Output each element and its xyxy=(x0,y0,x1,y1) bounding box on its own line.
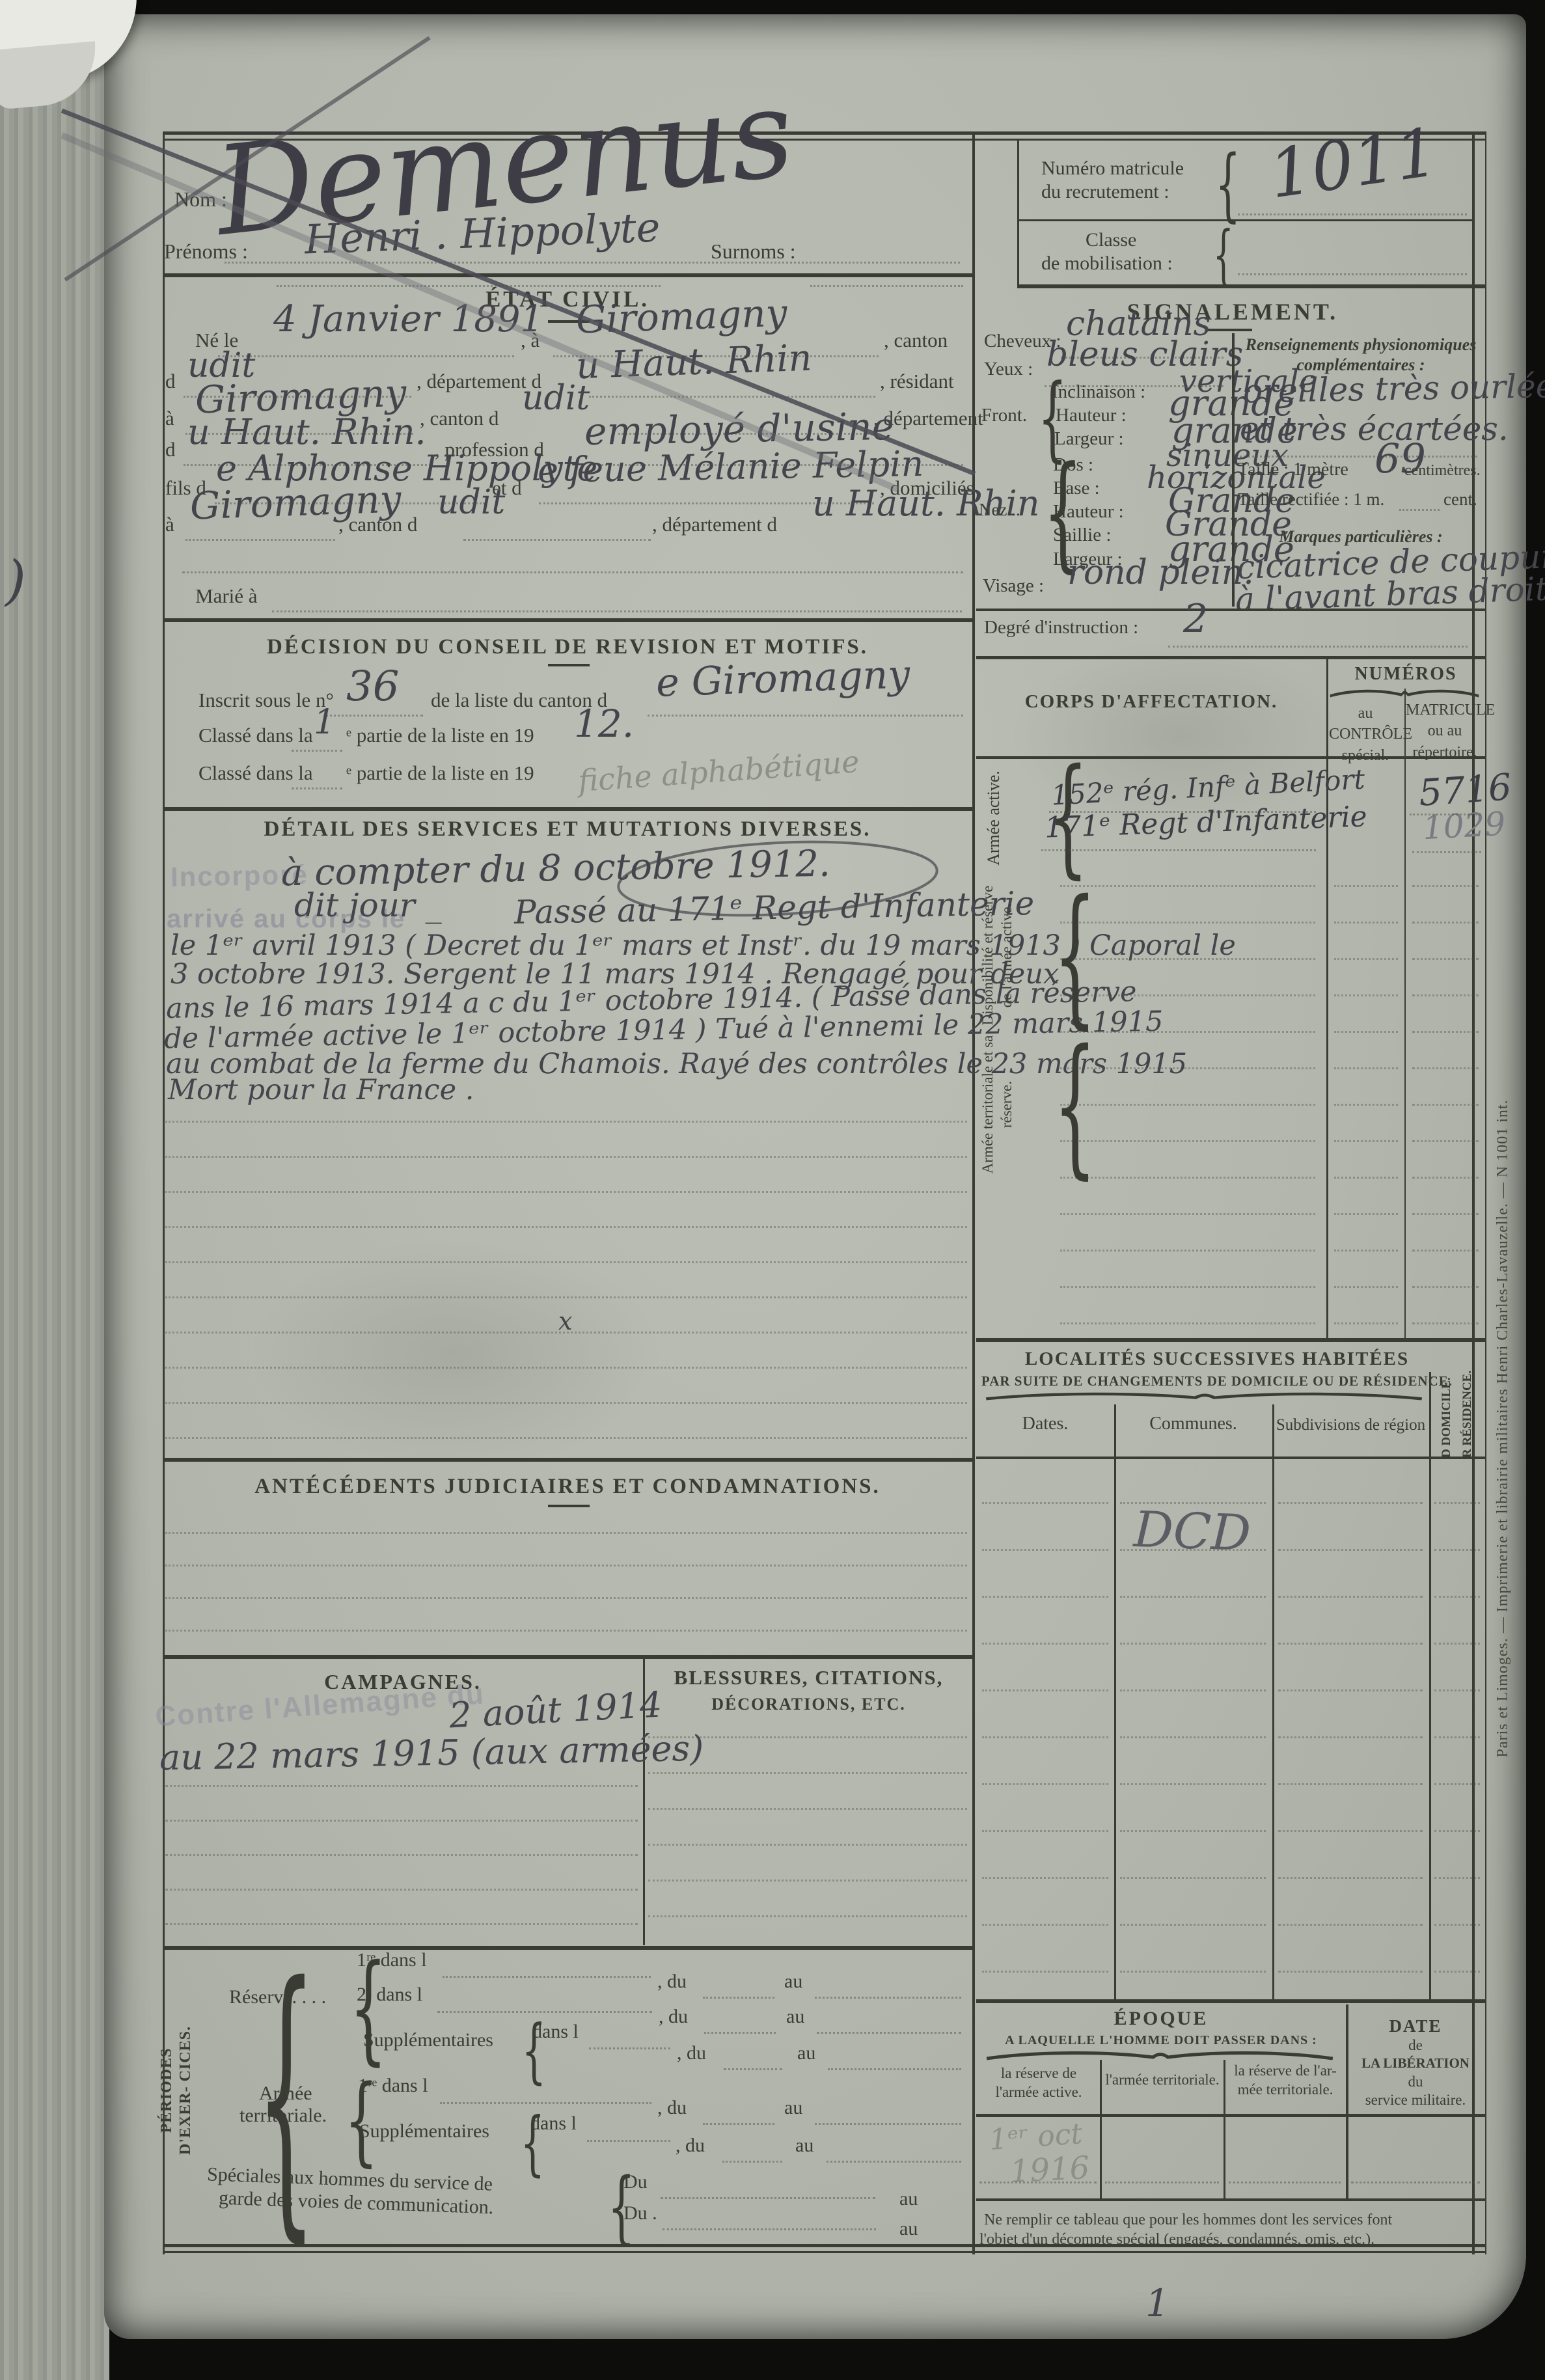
corps-vline-2 xyxy=(1404,689,1406,1340)
reserve-row1-au: au xyxy=(784,1971,802,1993)
classe-brace: { xyxy=(1213,223,1234,288)
matricule-box-left-rule xyxy=(1017,139,1019,286)
territoriale-suppl-du-dot xyxy=(722,2161,782,2163)
epoque-col2-header: l'armée territoriale. xyxy=(1104,2071,1221,2090)
renseignements-dot xyxy=(1240,456,1477,458)
canton3-value: udit xyxy=(437,483,505,522)
localites-col-communes: Communes. xyxy=(1114,1414,1272,1434)
etat-blank-dotted xyxy=(182,571,963,573)
matricule-dotted-line xyxy=(1238,213,1467,215)
epoque-row-dot-3 xyxy=(1229,2182,1341,2183)
localites-vline-3 xyxy=(1429,1372,1431,1999)
nez-hauteur-label: Hauteur : xyxy=(1053,501,1124,523)
reserve-row2-label: 2ᵉ dans l xyxy=(357,1984,422,2006)
degre-value: 2 xyxy=(1183,596,1208,642)
localites-bottom-rule xyxy=(976,1999,1485,2003)
territoriale-row1-au-dot xyxy=(815,2123,961,2125)
reserve-row2-au-dot xyxy=(817,2032,961,2034)
territoriale-suppl-au-dot xyxy=(827,2161,961,2163)
matricule-ruled-lines xyxy=(1410,859,1481,1334)
inscrit-no: 36 xyxy=(346,663,399,711)
prenoms-label: Prénoms : xyxy=(164,239,248,264)
numeros-header: NUMÉROS xyxy=(1326,664,1485,685)
epoque-date-line3: LA LIBÉRATION xyxy=(1346,2055,1485,2072)
corps-num-dot-1 xyxy=(1410,814,1481,815)
book-spine-edge xyxy=(0,0,109,2380)
signalement-title: SIGNALEMENT. xyxy=(976,298,1489,325)
localites-subdivisions-ruled xyxy=(1276,1464,1425,1998)
localites-col-dates: Dates. xyxy=(976,1414,1114,1434)
reserve-suppl-au-dot xyxy=(828,2068,961,2070)
localites-title: LOCALITÉS SUCCESSIVES HABITÉES xyxy=(976,1348,1458,1370)
services-x-mark: x xyxy=(558,1307,572,1335)
header-bottom-rule xyxy=(163,273,972,277)
yeux-label: Yeux : xyxy=(984,359,1033,380)
epoque-pencil-line2: 1916 xyxy=(1009,2150,1091,2190)
taille-unit: centimètres. xyxy=(1404,462,1481,480)
corps-entry-dot-2 xyxy=(1041,849,1316,851)
degre-bottom-rule xyxy=(976,656,1485,659)
epoque-vline-2 xyxy=(1224,2060,1225,2198)
epoque-note-line1: Ne remplir ce tableau que pour les homme… xyxy=(984,2211,1392,2229)
territoriale-corps-brace: { xyxy=(1054,1030,1097,1181)
decision-dot-3 xyxy=(292,787,342,789)
corps-bottom-rule xyxy=(976,1338,1485,1342)
services-bottom-rule xyxy=(163,1458,972,1462)
base-label: Base : xyxy=(1053,478,1100,499)
antecedents-ruled-lines xyxy=(163,1514,970,1654)
column-divider xyxy=(972,131,975,2254)
localites-squiggle xyxy=(983,1391,1425,1401)
reserve-row1-du: , du xyxy=(657,1971,687,1993)
classe-dotted-line xyxy=(1238,273,1467,275)
signalement-bottom-rule xyxy=(976,609,1485,611)
epoque-row-dot-1 xyxy=(979,2182,1097,2183)
territoriale-row1-label: 1ʳᵉ dans l xyxy=(358,2075,428,2097)
classe-label-line2: de mobilisation : xyxy=(1041,253,1173,275)
front-label: Front. xyxy=(981,405,1027,426)
classe1-value: 1 xyxy=(314,703,335,742)
territoriale-suppl-dansl: dans l xyxy=(530,2113,577,2135)
territoriale-vertical-label: Armée territoriale et sa réserve. xyxy=(979,1032,1017,1177)
blessures-title-line1: BLESSURES, CITATIONS, xyxy=(645,1666,972,1689)
epoque-title: ÉPOQUE xyxy=(976,2008,1346,2030)
territoriale-row1-du-dot xyxy=(703,2123,774,2125)
matricule-label-line1: Numéro matricule xyxy=(1041,157,1184,180)
epoque-row-dot-2 xyxy=(1105,2182,1219,2183)
canton2-value: udit xyxy=(522,379,590,418)
speciales-du1-dot xyxy=(661,2197,875,2199)
taille-rectifiee-unit: cent. xyxy=(1443,489,1477,510)
epoque-date-line5: service militaire. xyxy=(1346,2092,1485,2109)
reserve-row1-du-dot xyxy=(703,1997,774,1999)
renseignements-value-line1: oreilles très ourlées xyxy=(1243,367,1545,411)
services-ruled-lines xyxy=(163,1106,970,1471)
epoque-subtitle: A LAQUELLE L'HOMME DOIT PASSER DANS : xyxy=(976,2033,1346,2048)
reserve-row1-au-dot xyxy=(815,1997,961,1999)
matricule-brace: { xyxy=(1215,144,1240,224)
d2-label: d xyxy=(165,438,176,461)
classe1-label: Classé dans la xyxy=(198,724,313,747)
controle-ruled-lines xyxy=(1332,859,1401,1334)
territoriale-suppl-dot xyxy=(587,2140,670,2142)
territoriale-label-line2: territoriale. xyxy=(239,2105,327,2127)
territoriale-label-line1: Armée xyxy=(259,2083,312,2105)
saillie-label: Saillie : xyxy=(1053,525,1111,546)
a2-label: à xyxy=(165,407,174,430)
decision-title-rule xyxy=(548,664,590,666)
marie-label: Marié à xyxy=(195,584,258,608)
matricule-column-header: MATRICULE ou au répertoire. xyxy=(1406,700,1484,763)
reserve-row2-au: au xyxy=(786,2006,804,2028)
services-title: DÉTAIL DES SERVICES ET MUTATIONS DIVERSE… xyxy=(163,817,972,841)
degre-label: Degré d'instruction : xyxy=(984,617,1138,638)
decision-dot-2 xyxy=(292,750,342,752)
dos-label: Dos : xyxy=(1053,454,1093,476)
classe-box-bottom-rule xyxy=(1017,284,1485,288)
localites-subtitle: PAR SUITE DE CHANGEMENTS DE DOMICILE OU … xyxy=(976,1373,1458,1389)
a1-label: , à xyxy=(521,329,540,352)
territoriale-row1-du: , du xyxy=(657,2097,687,2119)
corps-vline-1 xyxy=(1326,659,1328,1340)
visage-label: Visage : xyxy=(983,575,1044,597)
localites-header-rule xyxy=(976,1457,1485,1459)
epoque-vline-1 xyxy=(1100,2060,1102,2198)
reserve-suppl-au: au xyxy=(797,2042,815,2064)
territoriale-row1-au: au xyxy=(784,2097,802,2119)
classe2-label2: ᵉ partie de la liste en 19 xyxy=(346,761,534,785)
territoriale-suppl-au: au xyxy=(795,2135,814,2157)
marie-dotted xyxy=(272,610,962,612)
canton2-label: , canton d xyxy=(420,407,499,430)
epoque-date-line2: de xyxy=(1346,2037,1485,2054)
epoque-squiggle xyxy=(984,2050,1335,2060)
antecedents-title: ANTÉCÉDENTS JUDICIAIRES ET CONDAMNATIONS… xyxy=(163,1475,972,1499)
localites-dr-ruled xyxy=(1432,1464,1483,1998)
localites-dates-ruled xyxy=(979,1464,1111,1998)
front-hauteur-label: Hauteur : xyxy=(1056,405,1127,426)
armee-active-vertical-label: Armée active. xyxy=(984,756,1004,880)
reserve-suppl-du-dot xyxy=(724,2068,782,2070)
localites-dcd-note: DCD xyxy=(1133,1500,1252,1562)
visage-value: rond plein. xyxy=(1067,553,1254,592)
taille-rectifiee-label: Taille rectifiée : 1 m. xyxy=(1238,489,1384,510)
a3-label: à xyxy=(165,513,174,536)
nez-label: Nez... xyxy=(979,500,1020,520)
corps-affectation-header: CORPS D'AFFECTATION. xyxy=(976,691,1326,713)
degre-dot xyxy=(1168,646,1468,648)
localites-col-residence-vertical: R RÉSIDENCE. xyxy=(1460,1377,1475,1458)
localites-vline-1 xyxy=(1114,1404,1116,1999)
reserve-row2-du: , du xyxy=(659,2006,688,2028)
epoque-note-line2: l'objet d'un décompte spécial (engagés, … xyxy=(979,2231,1374,2249)
signalement-title-rule xyxy=(1205,329,1252,331)
etat-dot-6b xyxy=(463,539,651,541)
renseignements-label-line1: Renseignements physionomiques xyxy=(1237,335,1485,355)
canton3-label: , canton d xyxy=(338,513,417,536)
reserve-suppl-dot xyxy=(589,2047,670,2049)
services-hw2: dit jour _ xyxy=(294,886,442,924)
epoque-bottom-rule xyxy=(976,2198,1485,2201)
etat-dot-2b xyxy=(589,396,875,398)
antecedents-bottom-rule xyxy=(163,1655,972,1659)
localites-col-subdivisions: Subdivisions de région xyxy=(1272,1416,1429,1434)
classe-label-line1: Classe xyxy=(1086,229,1136,251)
printer-imprint-vertical: Paris et Limoges. — Imprimerie et librai… xyxy=(1494,644,1512,2213)
matricule-label-line2: du recrutement : xyxy=(1041,181,1169,203)
decision-bottom-rule xyxy=(163,807,972,811)
speciales-du1: Du xyxy=(623,2171,648,2193)
dep1-value: u Haut. Rhin xyxy=(575,337,813,388)
reserve-suppl-dansl: dans l xyxy=(532,2021,579,2043)
epoque-header-rule xyxy=(976,2114,1485,2117)
epoque-col1-header: la réserve de l'armée active. xyxy=(979,2064,1098,2102)
liste-value: e Giromagny xyxy=(655,651,910,706)
services-hw8: Mort pour la France . xyxy=(168,1074,474,1106)
epoque-row-dot-4 xyxy=(1351,2182,1480,2183)
localites-vline-2 xyxy=(1272,1404,1274,1999)
taille-label: Taille : 1 mètre xyxy=(1238,459,1348,480)
periodes-vertical-label: PÉRIODES D'EXER- CICES. xyxy=(157,2012,195,2168)
decision-dot-1b xyxy=(648,715,963,717)
taille-rectifiee-dot xyxy=(1399,509,1440,511)
etat-civil-bottom-rule xyxy=(163,618,972,622)
epoque-col3-header: la réserve de l'ar- mée territoriale. xyxy=(1227,2062,1343,2100)
dep3-label: , département d xyxy=(652,513,777,536)
blessures-ruled-lines xyxy=(646,1725,970,1946)
spine-pen-mark: ) xyxy=(5,550,26,612)
a1-value: Giromagny xyxy=(575,290,788,342)
territoriale-suppl-label: Supplémentaires xyxy=(359,2120,489,2142)
canton1-label: , canton xyxy=(884,329,948,352)
page-number-mark: 1 xyxy=(1145,2281,1169,2325)
reserve-row1-label: 1ʳᵉ dans l xyxy=(357,1949,427,1971)
speciales-du2-dot xyxy=(663,2228,876,2230)
localites-col-domicile-vertical: D DOMICILE. xyxy=(1440,1377,1454,1458)
ne-value: 4 Janvier 1891 xyxy=(273,298,543,340)
matricule-classe-divider xyxy=(1017,219,1472,221)
speciales-au1: au xyxy=(899,2188,918,2210)
territoriale-row1-dot xyxy=(440,2102,651,2104)
reserve-suppl-du: , du xyxy=(677,2042,706,2064)
antecedents-title-rule xyxy=(548,1505,590,1507)
reserve-row2-du-dot xyxy=(704,2032,776,2034)
epoque-date-line4: du xyxy=(1346,2073,1485,2090)
residant-label: , résidant xyxy=(880,370,954,393)
corps-entry-dot-1 xyxy=(1049,811,1316,813)
frame-right-rule-outer xyxy=(1485,131,1486,2254)
reserve-label: Réserve. . . . xyxy=(229,1986,326,2008)
classe2-label: Classé dans la xyxy=(198,761,313,785)
etat-dot-6a xyxy=(185,539,335,541)
territoriale-suppl-du: , du xyxy=(676,2135,705,2157)
d1-label: d xyxy=(165,370,176,393)
campagnes-ruled-lines xyxy=(163,1773,640,1946)
reserve-row1-dot xyxy=(443,1976,651,1978)
disponibilite-vertical-label: Disponibilité et réserve de l'armée acti… xyxy=(979,881,1017,1030)
etat-dot-1a xyxy=(218,355,514,357)
speciales-au2: au xyxy=(899,2218,918,2240)
classe1-year: 12. xyxy=(574,702,634,746)
epoque-date-line1: DATE xyxy=(1346,2016,1485,2036)
speciales-du2: Du . xyxy=(623,2202,657,2224)
surnoms-label: Surnoms : xyxy=(711,239,796,264)
inclinaison-label: Inclinaison : xyxy=(1052,381,1145,403)
blessures-title-line2: DÉCORATIONS, ETC. xyxy=(645,1695,972,1714)
decision-dot-1 xyxy=(325,715,423,717)
d2-value: u Haut. Rhin. xyxy=(187,411,426,452)
disponibilite-brace: { xyxy=(1054,880,1097,1031)
signalement-subcolumn-divider xyxy=(1232,333,1235,607)
scanned-military-register-page: ) Nom : Demenus Prénoms : Henri . Hippol… xyxy=(0,0,1545,2380)
reserve-suppl-label: Supplémentaires xyxy=(363,2029,493,2051)
corps-num-dot-2 xyxy=(1412,851,1481,853)
classe1-label2: ᵉ partie de la liste en 19 xyxy=(346,724,534,747)
